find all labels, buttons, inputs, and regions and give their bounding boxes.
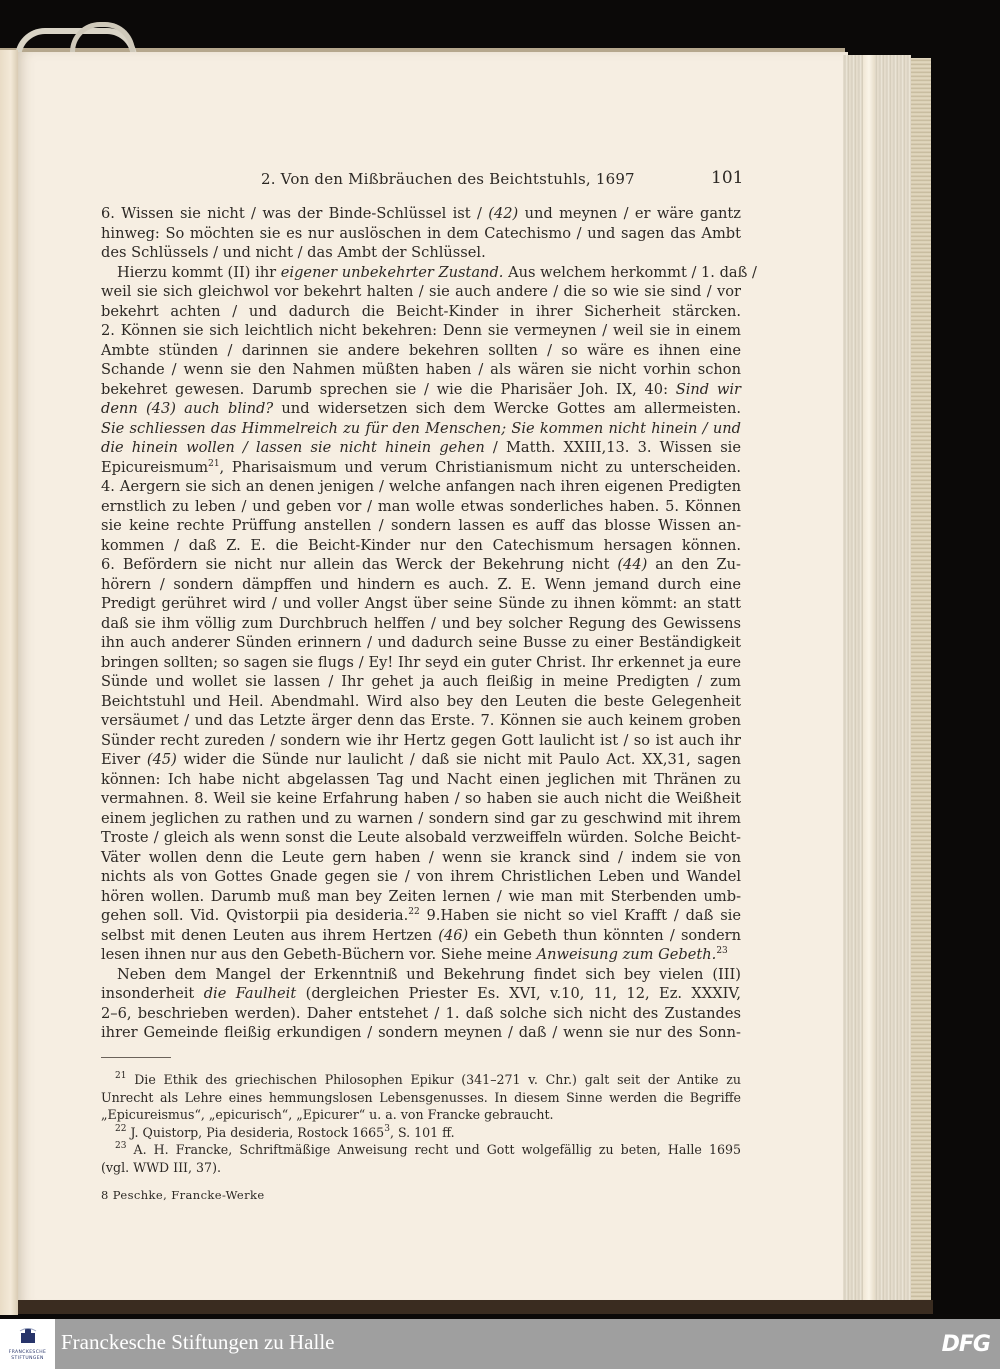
institution-name: Franckesche Stiftungen zu Halle	[61, 1330, 335, 1355]
footnote-line: „Epicureismus“, „epicurisch“, „Epicurer“…	[101, 1106, 741, 1124]
text-line: 2–6, beschrieben werden). Daher entstehe…	[101, 1004, 741, 1024]
footnotes: 21 Die Ethik des griechischen Philosophe…	[101, 1071, 741, 1176]
viewer-footer-bar: FRANCKESCHE STIFTUNGEN Franckesche Stift…	[0, 1319, 1000, 1369]
logo-caption: FRANCKESCHE STIFTUNGEN	[2, 1350, 53, 1362]
text-line: Väter wollen denn die Leute gern haben /…	[101, 848, 741, 868]
body-text: 6. Wissen sie nicht / was der Binde-Schl…	[101, 204, 741, 1043]
text-line: bringen sollten; so sagen sie flugs / Ey…	[101, 653, 741, 673]
page-number: 101	[711, 168, 741, 188]
text-line: 6. Befördern sie nicht nur allein das We…	[101, 555, 741, 575]
text-line: denn (43) auch blind? und widersetzen si…	[101, 399, 741, 419]
text-line: insonderheit die Faulheit (dergleichen P…	[101, 984, 741, 1004]
text-line: Hierzu kommt (II) ihr eigener unbekehrte…	[101, 263, 741, 283]
text-line: die hinein wollen / lassen sie nicht hin…	[101, 438, 741, 458]
text-line: 6. Wissen sie nicht / was der Binde-Schl…	[101, 204, 741, 224]
footnote-line: 21 Die Ethik des griechischen Philosophe…	[101, 1071, 741, 1089]
footnote-rule	[101, 1057, 171, 1058]
text-line: Neben dem Mangel der Erkenntniß und Beke…	[101, 965, 741, 985]
franckesche-stiftungen-logo[interactable]: FRANCKESCHE STIFTUNGEN	[0, 1319, 55, 1369]
book-cover-edge	[911, 58, 931, 1308]
text-line: selbst mit denen Leuten aus ihrem Hertze…	[101, 926, 741, 946]
text-line: Ambte stünden / darinnen sie andere beke…	[101, 341, 741, 361]
text-line: daß sie ihm völlig zum Durchbruch helffe…	[101, 614, 741, 634]
book-page: 2. Von den Mißbräuchen des Beichtstuhls,…	[18, 52, 848, 1308]
text-line: gehen soll. Vid. Qvistorpii pia desideri…	[101, 906, 741, 926]
footnote-line: (vgl. WWD III, 37).	[101, 1159, 741, 1177]
page-stack-edge	[843, 55, 911, 1310]
left-page-edge	[0, 50, 18, 1315]
text-line: ihrer Gemeinde fleißig erkundigen / sond…	[101, 1023, 741, 1043]
text-line: sie keine rechte Prüffung anstellen / so…	[101, 516, 741, 536]
text-line: können: Ich habe nicht abgelassen Tag un…	[101, 770, 741, 790]
text-line: Sie schliessen das Himmelreich zu für de…	[101, 419, 741, 439]
text-line: Troste / gleich als wenn sonst die Leute…	[101, 828, 741, 848]
dfg-logo[interactable]: DFG	[942, 1332, 990, 1357]
text-line: ihn auch anderer Sünden erinnern / und d…	[101, 633, 741, 653]
text-line: hinweg: So möchten sie es nur auslöschen…	[101, 224, 741, 244]
footnote-line: Unrecht als Lehre eines hemmungslosen Le…	[101, 1089, 741, 1107]
text-line: bekehret gewesen. Darumb sprechen sie / …	[101, 380, 741, 400]
book-bottom-shadow	[18, 1300, 933, 1314]
text-line: Sünde und wollet sie lassen / Ihr gehet …	[101, 672, 741, 692]
signature-line: 8 Peschke, Francke-Werke	[101, 1188, 265, 1202]
text-line: Beichtstuhl und Heil. Abendmahl. Wird al…	[101, 692, 741, 712]
text-line: einem jeglichen zu rathen und zu warnen …	[101, 809, 741, 829]
text-line: Predigt gerühret wird / und voller Angst…	[101, 594, 741, 614]
text-line: 4. Aergern sie sich an denen jenigen / w…	[101, 477, 741, 497]
text-line: vermahnen. 8. Weil sie keine Erfahrung h…	[101, 789, 741, 809]
text-line: Sünder recht zureden / sondern wie ihr H…	[101, 731, 741, 751]
footnote-line: 22 J. Quistorp, Pia desideria, Rostock 1…	[101, 1124, 741, 1142]
running-head: 2. Von den Mißbräuchen des Beichtstuhls,…	[261, 170, 741, 188]
text-line: Schande / wenn sie den Nahmen müßten hab…	[101, 360, 741, 380]
text-line: Epicureismum21, Pharisaismum und verum C…	[101, 458, 741, 478]
logo-caption-line2: STIFTUNGEN	[2, 1356, 53, 1362]
text-line: ernstlich zu leben / und geben vor / man…	[101, 497, 741, 517]
text-line: Eiver (45) wider die Sünde nur laulicht …	[101, 750, 741, 770]
text-line: versäumet / und das Letzte ärger denn da…	[101, 711, 741, 731]
text-line: nichts als von Gottes Gnade gegen sie / …	[101, 867, 741, 887]
text-line: lesen ihnen nur aus den Gebeth-Büchern v…	[101, 945, 741, 965]
text-line: weil sie sich gleichwol vor bekehrt halt…	[101, 282, 741, 302]
text-line: 2. Können sie sich leichtlich nicht beke…	[101, 321, 741, 341]
text-line: kommen / daß Z. E. die Beicht-Kinder nur…	[101, 536, 741, 556]
text-line: bekehrt achten / und dadurch die Beicht-…	[101, 302, 741, 322]
footnote-line: 23 A. H. Francke, Schriftmäßige Anweisun…	[101, 1141, 741, 1159]
scanned-book-page: 2. Von den Mißbräuchen des Beichtstuhls,…	[0, 0, 1000, 1319]
institution-emblem-icon	[19, 1327, 37, 1345]
text-line: des Schlüssels / und nicht / das Ambt de…	[101, 243, 741, 263]
text-line: hörern / sondern dämpffen und hindern es…	[101, 575, 741, 595]
text-line: hören wollen. Darumb muß man bey Zeiten …	[101, 887, 741, 907]
